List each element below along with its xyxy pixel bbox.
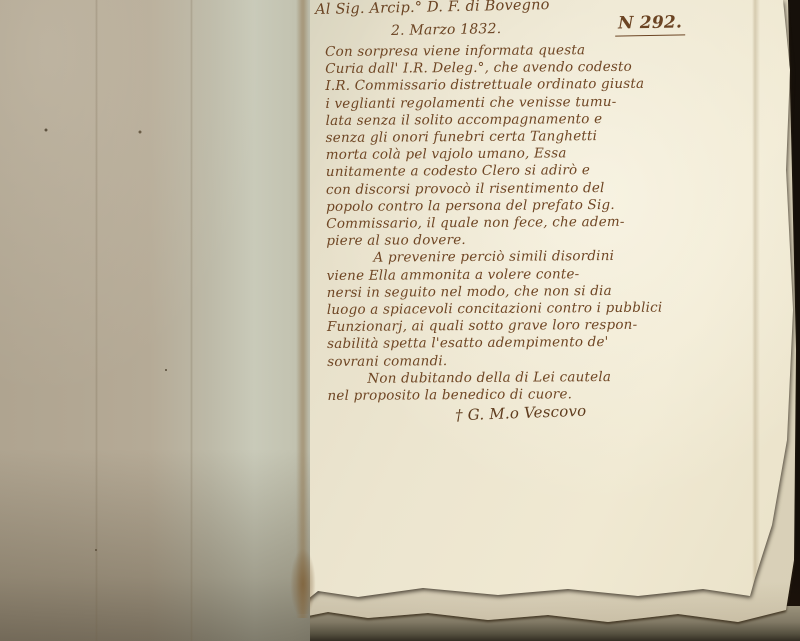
manuscript-line: nel proposito la benedico di cuore.	[327, 386, 663, 406]
manuscript-line: A prevenire perciò simili disordini	[326, 248, 662, 268]
manuscript-photo: Al Sig. Arcip.° D. F. di Bovegno 2. Marz…	[0, 0, 800, 641]
paper-crease	[95, 0, 98, 641]
date-line: 2. Marzo 1832.	[391, 21, 502, 39]
paper-crease	[190, 0, 193, 641]
book-gutter-crease	[296, 0, 309, 618]
registry-number: N 292.	[615, 12, 685, 36]
letter-page-wrap: Al Sig. Arcip.° D. F. di Bovegno 2. Marz…	[303, 0, 800, 614]
manuscript-line: I.R. Commissario distrettuale ordinato g…	[325, 76, 661, 96]
left-blank-page	[0, 0, 310, 641]
manuscript-line: Commissario, il quale non fece, che adem…	[326, 214, 662, 234]
salutation: Al Sig. Arcip.° D. F. di Bovegno	[315, 0, 550, 18]
letter-body: Con sorpresa viene informata questa Curi…	[325, 42, 663, 406]
letter-page: Al Sig. Arcip.° D. F. di Bovegno 2. Marz…	[303, 0, 800, 614]
manuscript-line: Funzionarj, ai quali sotto grave loro re…	[327, 317, 663, 337]
bishop-signature: † G. M.o Vescovo	[455, 402, 587, 425]
manuscript-line: i veglianti regolamenti che venisse tumu…	[325, 93, 661, 113]
gutter-crease-root	[286, 528, 320, 614]
